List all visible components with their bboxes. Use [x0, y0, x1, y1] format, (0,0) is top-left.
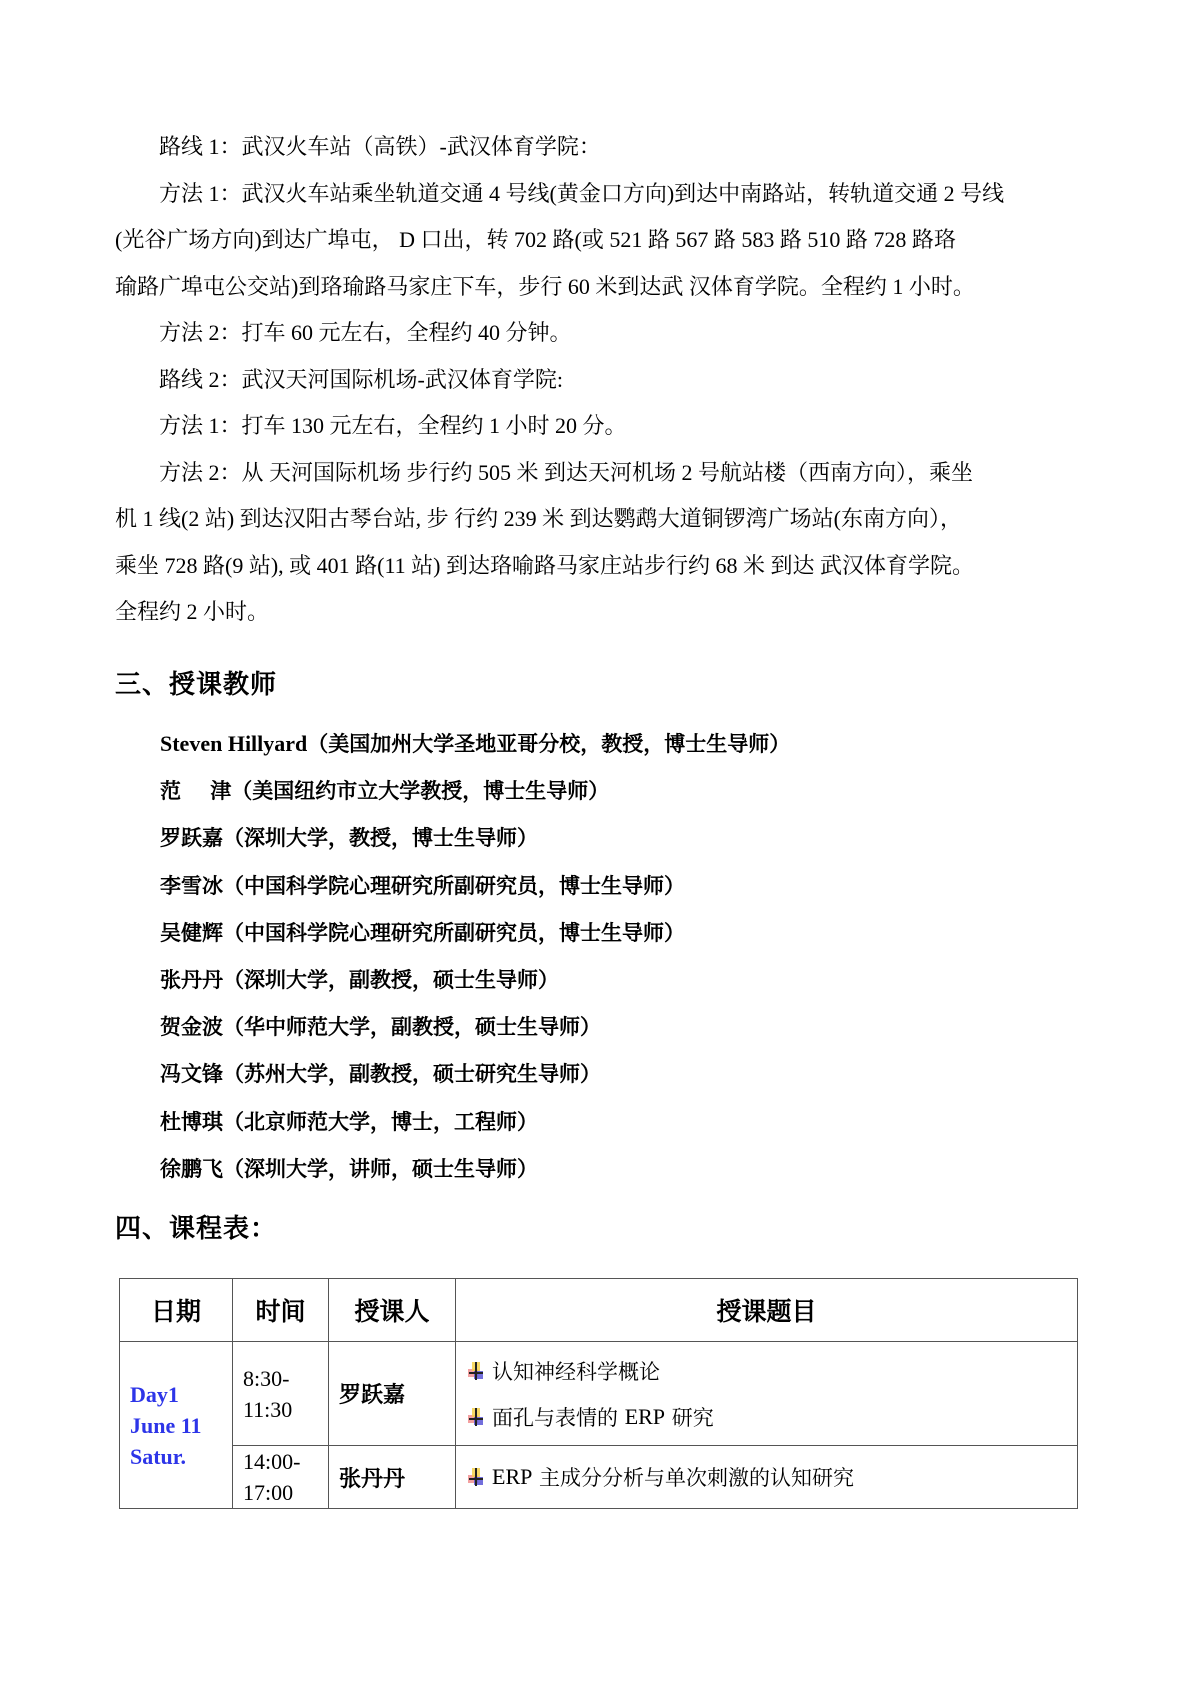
- time-cell: 8:30- 11:30: [233, 1342, 329, 1446]
- teacher-name: 贺金波: [160, 1015, 223, 1039]
- header-topic: 授课题目: [456, 1279, 1078, 1342]
- topic-item: 面孔与表情的 ERP 研究: [466, 1394, 1077, 1440]
- topic-text-latin: ERP: [625, 1404, 665, 1430]
- topic-text: 面孔与表情的: [492, 1402, 625, 1432]
- route-line: 路线 1：武汉火车站（高铁）-武汉体育学院：: [115, 124, 1085, 171]
- teacher-item: 杜博琪（北京师范大学，博士，工程师）: [160, 1099, 790, 1146]
- topic-text: 认知神经科学概论: [492, 1356, 660, 1386]
- colored-plus-bullet-icon: [466, 1467, 484, 1487]
- table-row: 14:00- 17:00 张丹丹 ERP 主成分分析与单次刺激的认知研究: [120, 1446, 1078, 1509]
- teacher-name: 杜博琪: [160, 1110, 223, 1134]
- teacher-affiliation: （中国科学院心理研究所副研究员，博士生导师）: [223, 921, 685, 945]
- topic-text-latin: ERP: [492, 1464, 532, 1490]
- route-line: 路线 2：武汉天河国际机场-武汉体育学院:: [115, 357, 1085, 404]
- teacher-item: 冯文锋（苏州大学，副教授，硕士研究生导师）: [160, 1051, 790, 1098]
- teacher-name: 徐鹏飞: [160, 1157, 223, 1181]
- teacher-item: 贺金波（华中师范大学，副教授，硕士生导师）: [160, 1004, 790, 1051]
- teacher-name: 吴健辉: [160, 921, 223, 945]
- header-lecturer: 授课人: [329, 1279, 456, 1342]
- teacher-item: 徐鹏飞（深圳大学，讲师，硕士生导师）: [160, 1146, 790, 1193]
- day-label: Day1: [130, 1379, 232, 1410]
- teacher-affiliation: （中国科学院心理研究所副研究员，博士生导师）: [223, 874, 685, 898]
- topic-item: 认知神经科学概论: [466, 1348, 1077, 1394]
- route-line: (光谷广场方向)到达广埠屯， D 口出，转 702 路(或 521 路 567 …: [115, 217, 1085, 264]
- time-start: 14:00-: [243, 1446, 328, 1477]
- teacher-name: 罗跃嘉: [160, 826, 223, 850]
- schedule-table: 日期 时间 授课人 授课题目 Day1 June 11 Satur. 8:30-…: [119, 1278, 1078, 1509]
- route-line: 机 1 线(2 站) 到达汉阳古琴台站, 步 行约 239 米 到达鹦鹉大道铜锣…: [115, 496, 1085, 543]
- table-header-row: 日期 时间 授课人 授课题目: [120, 1279, 1078, 1342]
- topic-cell: 认知神经科学概论 面孔与表情的 ERP 研究: [456, 1342, 1078, 1446]
- teacher-affiliation: （深圳大学，讲师，硕士生导师）: [223, 1157, 538, 1181]
- colored-plus-bullet-icon: [466, 1407, 484, 1427]
- section-heading-teachers: 三、授课教师: [115, 664, 277, 701]
- route-line: 瑜路广埠屯公交站)到珞瑜路马家庄下车，步行 60 米到达武 汉体育学院。全程约 …: [115, 264, 1085, 311]
- teacher-item: 吴健辉（中国科学院心理研究所副研究员，博士生导师）: [160, 910, 790, 957]
- teacher-item: Steven Hillyard（美国加州大学圣地亚哥分校，教授，博士生导师）: [160, 720, 790, 768]
- teacher-affiliation: （美国加州大学圣地亚哥分校，教授，博士生导师）: [307, 732, 790, 756]
- topic-text: 研究: [665, 1402, 714, 1432]
- route-line: 方法 2：从 天河国际机场 步行约 505 米 到达天河机场 2 号航站楼（西南…: [115, 450, 1085, 497]
- route-line: 乘坐 728 路(9 站), 或 401 路(11 站) 到达珞喻路马家庄站步行…: [115, 543, 1085, 590]
- route-line: 方法 1：武汉火车站乘坐轨道交通 4 号线(黄金口方向)到达中南路站，转轨道交通…: [115, 171, 1085, 218]
- teacher-name: 张丹丹: [160, 968, 223, 992]
- teacher-name: Steven Hillyard: [160, 731, 307, 756]
- topic-text: 主成分分析与单次刺激的认知研究: [532, 1462, 854, 1492]
- teacher-name: 李雪冰: [160, 874, 223, 898]
- teacher-item: 李雪冰（中国科学院心理研究所副研究员，博士生导师）: [160, 863, 790, 910]
- time-start: 8:30-: [243, 1363, 328, 1394]
- teacher-list: Steven Hillyard（美国加州大学圣地亚哥分校，教授，博士生导师） 范…: [160, 720, 790, 1193]
- lecturer-cell: 张丹丹: [329, 1446, 456, 1509]
- day-date: June 11: [130, 1410, 232, 1441]
- travel-routes: 路线 1：武汉火车站（高铁）-武汉体育学院： 方法 1：武汉火车站乘坐轨道交通 …: [115, 124, 1085, 636]
- topic-cell: ERP 主成分分析与单次刺激的认知研究: [456, 1446, 1078, 1509]
- document-page: 路线 1：武汉火车站（高铁）-武汉体育学院： 方法 1：武汉火车站乘坐轨道交通 …: [0, 0, 1190, 1683]
- route-line: 方法 2：打车 60 元左右，全程约 40 分钟。: [115, 310, 1085, 357]
- teacher-affiliation: （深圳大学，副教授，硕士生导师）: [223, 968, 559, 992]
- teacher-item: 罗跃嘉（深圳大学，教授，博士生导师）: [160, 815, 790, 862]
- teacher-item: 张丹丹（深圳大学，副教授，硕士生导师）: [160, 957, 790, 1004]
- teacher-affiliation: （美国纽约市立大学教授，博士生导师）: [231, 779, 609, 803]
- teacher-affiliation: （深圳大学，教授，博士生导师）: [223, 826, 538, 850]
- route-line: 方法 1：打车 130 元左右，全程约 1 小时 20 分。: [115, 403, 1085, 450]
- header-date: 日期: [120, 1279, 233, 1342]
- teacher-name: 冯文锋: [160, 1062, 223, 1086]
- teacher-affiliation: （北京师范大学，博士，工程师）: [223, 1110, 538, 1134]
- time-end: 17:00: [243, 1477, 328, 1508]
- topic-item: ERP 主成分分析与单次刺激的认知研究: [466, 1454, 1077, 1500]
- header-time: 时间: [233, 1279, 329, 1342]
- table-row: Day1 June 11 Satur. 8:30- 11:30 罗跃嘉 认知神经…: [120, 1342, 1078, 1446]
- teacher-name: 范 津: [160, 779, 231, 803]
- colored-plus-bullet-icon: [466, 1361, 484, 1381]
- section-heading-schedule: 四、课程表：: [115, 1208, 277, 1245]
- day-weekday: Satur.: [130, 1441, 232, 1472]
- day-cell: Day1 June 11 Satur.: [120, 1342, 233, 1509]
- time-cell: 14:00- 17:00: [233, 1446, 329, 1509]
- lecturer-cell: 罗跃嘉: [329, 1342, 456, 1446]
- time-end: 11:30: [243, 1394, 328, 1425]
- route-line: 全程约 2 小时。: [115, 589, 1085, 636]
- teacher-item: 范 津（美国纽约市立大学教授，博士生导师）: [160, 768, 790, 815]
- teacher-affiliation: （华中师范大学，副教授，硕士生导师）: [223, 1015, 601, 1039]
- teacher-affiliation: （苏州大学，副教授，硕士研究生导师）: [223, 1062, 601, 1086]
